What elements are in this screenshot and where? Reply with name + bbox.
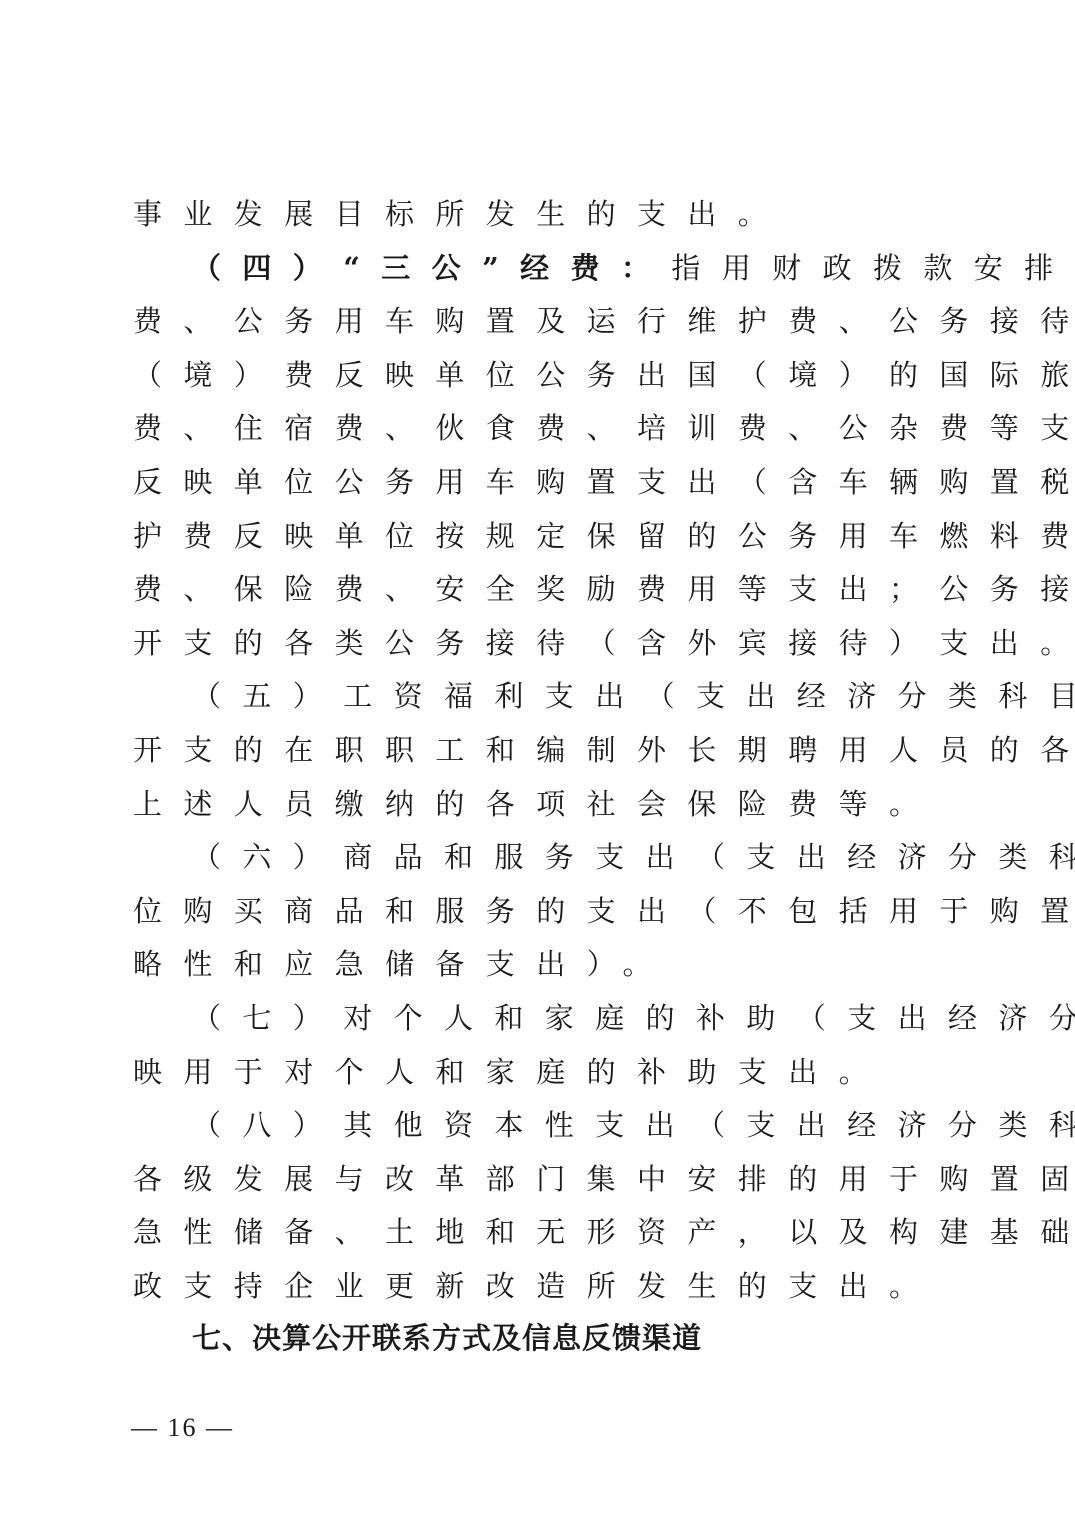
paragraph-line: 各级发展与改革部门集中安排的用于购置固定资产、战略性和应 <box>133 1153 943 1207</box>
paragraph-line: 位购买商品和服务的支出（不包括用于购置固定资产的支出、战 <box>133 885 943 939</box>
paragraph-line: 急性储备、土地和无形资产，以及构建基础设施、大型修缮和财 <box>133 1206 943 1260</box>
page-number: — 16 — <box>131 1413 234 1443</box>
paragraph-line: 映用于对个人和家庭的补助支出。 <box>133 1046 943 1100</box>
paragraph-line: 费、保险费、安全奖励费用等支出；公务接待费反映单位按规定 <box>133 563 943 617</box>
paragraph-line: 开支的各类公务接待（含外宾接待）支出。 <box>133 617 943 671</box>
paragraph-line: 开支的在职职工和编制外长期聘用人员的各类劳动报酬，以及为 <box>133 724 943 778</box>
paragraph-line: 费、公务用车购置及运行维护费、公务接待费。其中，因公出国 <box>133 295 943 349</box>
paragraph-line: 护费反映单位按规定保留的公务用车燃料费、维修费、过路过桥 <box>133 510 943 564</box>
document-body: 事业发展目标所发生的支出。 （四）“三公”经费：指用财政拨款安排的因公出国（境）… <box>133 188 943 1313</box>
paragraph-line: 费、住宿费、伙食费、培训费、公杂费等支出；公务用车购置费 <box>133 402 943 456</box>
paragraph-line: 反映单位公务用车购置支出（含车辆购置税）；公务用车运行维 <box>133 456 943 510</box>
paragraph-line: 政支持企业更新改造所发生的支出。 <box>133 1260 943 1314</box>
section-7-first-line: （七）对个人和家庭的补助（支出经济分类科目类级）：反 <box>133 992 943 1046</box>
paragraph-line: 上述人员缴纳的各项社会保险费等。 <box>133 778 943 832</box>
section-4-title: （四）“三公”经费： <box>192 251 671 285</box>
section-6-first-line: （六）商品和服务支出（支出经济分类科目类级）：反映单 <box>133 831 943 885</box>
section-5-first-line: （五）工资福利支出（支出经济分类科目类级）：反映单位 <box>133 670 943 724</box>
paragraph-line: 事业发展目标所发生的支出。 <box>133 188 943 242</box>
section-8-first-line: （八）其他资本性支出（支出经济分类科目类级）：反映非 <box>133 1099 943 1153</box>
paragraph-line: 略性和应急储备支出）。 <box>133 938 943 992</box>
section-heading: 七、决算公开联系方式及信息反馈渠道 <box>192 1318 702 1358</box>
paragraph-line: （境）费反映单位公务出国（境）的国际旅费、国外城市间交通 <box>133 349 943 403</box>
section-4-text: 指用财政拨款安排的因公出国（境） <box>671 251 1075 285</box>
paragraph-first-line: （四）“三公”经费：指用财政拨款安排的因公出国（境） <box>133 242 943 296</box>
